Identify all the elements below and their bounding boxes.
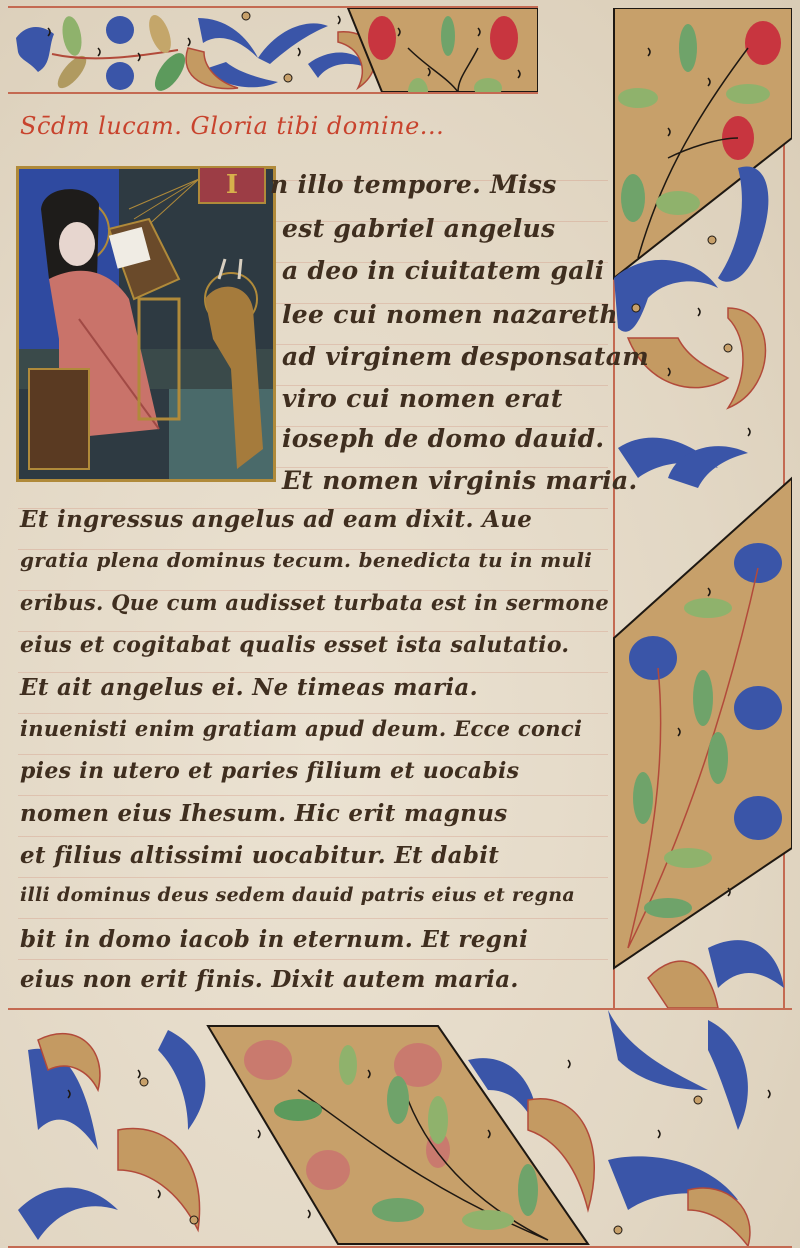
text-line: est gabriel angelus <box>282 214 555 243</box>
text-line: Et ait angelus ei. Ne timeas maria. <box>20 674 478 701</box>
text-line: nomen eius Ihesum. Hic erit magnus <box>20 800 507 827</box>
text-line: illi dominus deus sedem dauid patris eiu… <box>20 884 575 906</box>
right-border <box>608 8 792 1008</box>
text-line: gratia plena dominus tecum. benedicta tu… <box>20 548 592 572</box>
text-line: ad virginem desponsatam <box>282 342 649 371</box>
miniature-saint-luke <box>16 166 276 482</box>
decorated-initial: I <box>198 166 266 204</box>
text-line: eius non erit finis. Dixit autem maria. <box>20 966 519 993</box>
saint-luke-illustration <box>19 169 273 479</box>
text-line: bit in domo iacob in eternum. Et regni <box>20 926 528 953</box>
bottom-border-ornament <box>8 1010 792 1246</box>
text-line: viro cui nomen erat <box>282 384 563 413</box>
text-line: et filius altissimi uocabitur. Et dabit <box>20 842 499 869</box>
text-line: pies in utero et paries filium et uocabi… <box>20 758 519 784</box>
top-border <box>8 6 538 94</box>
manuscript-page: Sc̄dm lucam. Gloria tibi domine... <box>0 0 800 1248</box>
text-line: eius et cogitabat qualis esset ista salu… <box>20 632 569 658</box>
rubric-heading: Sc̄dm lucam. Gloria tibi domine... <box>20 112 444 140</box>
text-line: Et ingressus angelus ad eam dixit. Aue <box>20 506 532 533</box>
text-line: ioseph de domo dauid. <box>282 424 604 453</box>
text-line: n illo tempore. Miss <box>270 170 557 199</box>
text-line: eribus. Que cum audisset turbata est in … <box>20 590 609 615</box>
top-border-ornament <box>8 8 538 92</box>
text-line: lee cui nomen nazareth <box>282 300 618 329</box>
text-line: a deo in ciuitatem gali <box>282 256 604 285</box>
text-line: inuenisti enim gratiam apud deum. Ecce c… <box>20 716 582 741</box>
right-border-ornament <box>608 8 792 1008</box>
text-line: Et nomen virginis maria. <box>282 466 637 495</box>
bottom-border <box>8 1008 792 1248</box>
